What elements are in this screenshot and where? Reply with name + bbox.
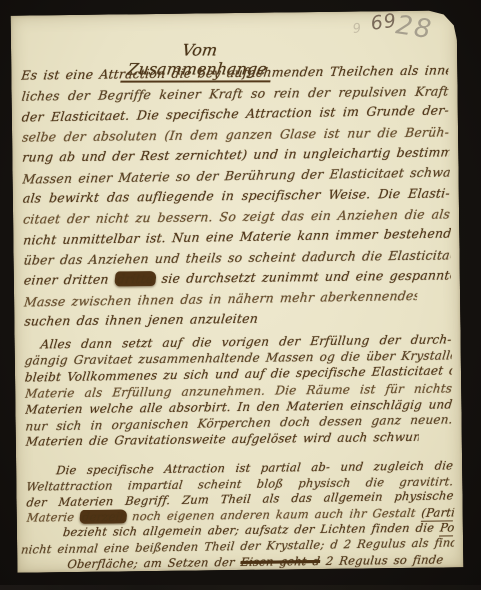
line-text: 2 Regulus so finde — [325, 552, 444, 567]
handwriting-line: Materien die Gravitationsweite aufgelöse… — [25, 429, 420, 450]
ink-blot: dritte — [114, 271, 156, 287]
folio-number: 69 — [369, 10, 398, 35]
strikethrough-text: Eisen geht d — [240, 554, 321, 569]
handwriting-line: suchen das ihnen jenen anzuleiten auflös… — [23, 309, 260, 332]
paragraph-1: Es ist eine Attraction die bey aufnehmen… — [21, 60, 451, 332]
line-text: Oberfläche; am Setzen der — [67, 555, 236, 571]
manuscript-photo: 9 69 28 Vom Zusammenhange Es ist eine At… — [0, 0, 481, 590]
faint-pencil-mark: 9 — [352, 21, 362, 37]
overlay-page-number: 28 — [394, 10, 435, 45]
paragraph-3: Die specifische Attraction ist partial a… — [26, 458, 454, 572]
ink-blot: derzeit — [79, 509, 127, 524]
paragraph-2: Alles dann setzt auf die vorigen der Erf… — [25, 331, 453, 450]
line-text: sie durchsetzt zunimmt und eine gespannt… — [161, 267, 452, 286]
line-text: einer dritten — [23, 272, 110, 288]
manuscript-page: 9 69 28 Vom Zusammenhange Es ist eine At… — [11, 10, 464, 572]
line-text: Materie — [26, 510, 75, 525]
